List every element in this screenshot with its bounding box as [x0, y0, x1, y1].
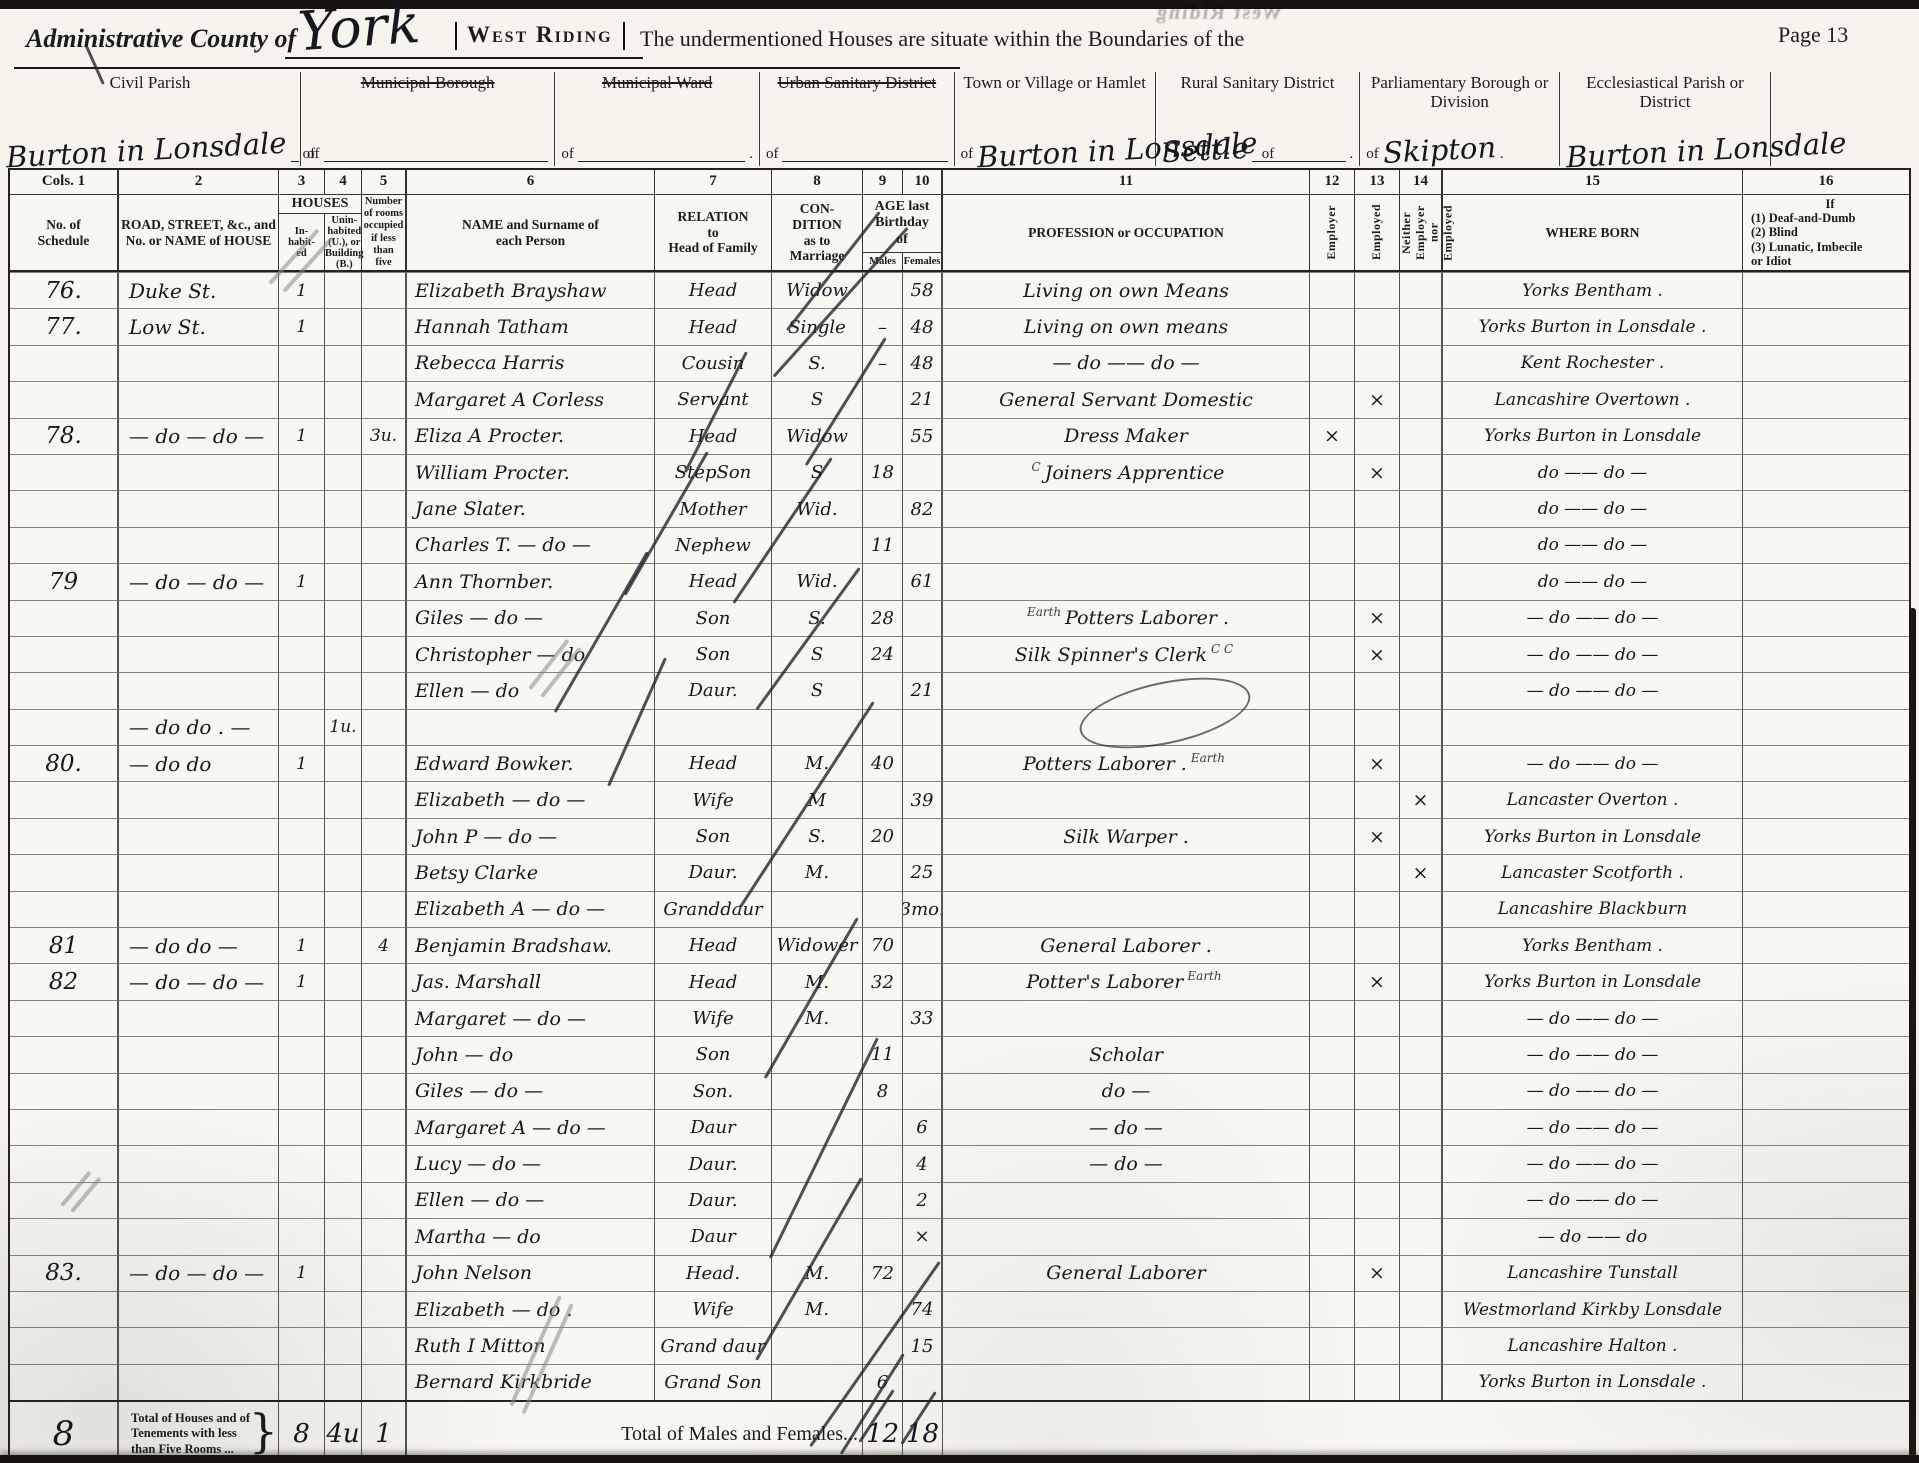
boundary-box: Civil ParishBurton in Lonsdaleof — [0, 72, 301, 166]
cell-e2 — [1355, 527, 1400, 563]
cell-occ — [943, 854, 1310, 890]
cell-uninh — [325, 1109, 362, 1145]
cell-f — [903, 1364, 943, 1400]
cell-occ: General Laborer . — [943, 927, 1310, 963]
cell-f: 33 — [903, 1000, 943, 1036]
cell-e2 — [1355, 1109, 1400, 1145]
cell-inh — [279, 527, 325, 563]
cell-sched: 83. — [10, 1255, 119, 1291]
cell-rooms — [362, 1291, 407, 1327]
cell-cond: S — [772, 454, 863, 490]
cell-m: 70 — [863, 927, 903, 963]
cell-rooms — [362, 454, 407, 490]
cell-inh — [279, 1073, 325, 1109]
cell-rel: Daur — [655, 1109, 772, 1145]
cell-e1 — [1310, 272, 1355, 308]
boundary-value: Burton in Lonsdale — [1560, 139, 1770, 166]
boundary-value: of — [760, 147, 954, 166]
boundary-value: Burton in Lonsdaleof — [0, 139, 300, 166]
cell-rel: Nephew — [655, 527, 772, 563]
cell-m: 8 — [863, 1073, 903, 1109]
cell-uninh — [325, 818, 362, 854]
cell-inf — [1743, 1364, 1909, 1400]
cell-rooms — [362, 1000, 407, 1036]
cell-uninh — [325, 1036, 362, 1072]
cell-f — [903, 600, 943, 636]
cell-m: 40 — [863, 745, 903, 781]
cell-e2 — [1355, 709, 1400, 745]
cell-inh: 1 — [279, 1255, 325, 1291]
col-header-rooms: Number of rooms occupied if less than fi… — [362, 195, 407, 270]
cell-inh: 1 — [279, 927, 325, 963]
cell-m — [863, 781, 903, 817]
cell-e2 — [1355, 418, 1400, 454]
cell-road — [119, 854, 279, 890]
header-rule — [285, 57, 643, 59]
cell-name: Ellen — do — — [407, 1182, 655, 1218]
cell-name: John P — do — — [407, 818, 655, 854]
cell-f: 21 — [903, 672, 943, 708]
cell-born: — do —— do — [1443, 1218, 1743, 1254]
cell-f — [903, 1073, 943, 1109]
cell-occ — [943, 1291, 1310, 1327]
boundary-label: Municipal Ward — [555, 72, 759, 93]
cell-e1 — [1310, 563, 1355, 599]
cell-e3: × — [1400, 854, 1443, 890]
col-number: 16 — [1743, 170, 1909, 195]
cell-e1 — [1310, 1364, 1355, 1400]
cell-rooms — [362, 1073, 407, 1109]
cell-e1 — [1310, 1218, 1355, 1254]
cell-rel: Son — [655, 818, 772, 854]
cell-m — [863, 1109, 903, 1145]
cell-e2: × — [1355, 818, 1400, 854]
cell-inh: 1 — [279, 308, 325, 344]
cell-sched: 77. — [10, 308, 119, 344]
col-number: 9 — [863, 170, 903, 195]
cell-road — [119, 1327, 279, 1363]
cell-inh — [279, 490, 325, 526]
cell-uninh — [325, 308, 362, 344]
cell-f: 58 — [903, 272, 943, 308]
census-row: Lucy — do —Daur.4— do —— do —— do — — [10, 1145, 1909, 1181]
cell-e2 — [1355, 781, 1400, 817]
cell-occ: Dress Maker — [943, 418, 1310, 454]
cell-e2 — [1355, 308, 1400, 344]
cell-rel: Cousin — [655, 345, 772, 381]
census-row: 79— do — do —1Ann Thornber.HeadWid.61do … — [10, 563, 1909, 599]
col-number: 4 — [325, 170, 362, 195]
cell-rel: Daur. — [655, 1182, 772, 1218]
cell-cond: M. — [772, 745, 863, 781]
cell-e2 — [1355, 1364, 1400, 1400]
page-number: Page 13 — [1778, 22, 1848, 48]
cell-occ — [943, 891, 1310, 927]
cell-born: — do —— do — — [1443, 1109, 1743, 1145]
cell-m: 20 — [863, 818, 903, 854]
cell-born: Lancaster Overton . — [1443, 781, 1743, 817]
cell-e3 — [1400, 709, 1443, 745]
cell-name: Eliza A Procter. — [407, 418, 655, 454]
boundary-label: Municipal Borough — [301, 72, 554, 93]
census-row: Giles — do —SonS.28EarthPotters Laborer … — [10, 600, 1909, 636]
col-number: 6 — [407, 170, 655, 195]
cell-rooms — [362, 672, 407, 708]
cell-born: — do —— do — — [1443, 745, 1743, 781]
cell-e1 — [1310, 927, 1355, 963]
west-riding-label: West Riding — [455, 22, 625, 50]
cell-uninh — [325, 1327, 362, 1363]
cell-occ: Scholar — [943, 1036, 1310, 1072]
cell-e2 — [1355, 891, 1400, 927]
cell-rooms — [362, 1182, 407, 1218]
census-row: 83.— do — do —1John NelsonHead.M.72Gener… — [10, 1255, 1909, 1291]
cell-e2 — [1355, 1182, 1400, 1218]
cell-e1 — [1310, 636, 1355, 672]
col-number: 13 — [1355, 170, 1400, 195]
census-row: Elizabeth — do —WifeM39×Lancaster Overto… — [10, 781, 1909, 817]
cell-e1: × — [1310, 418, 1355, 454]
admin-county-value: York — [296, 0, 422, 63]
cell-road — [119, 1109, 279, 1145]
col-header-employer: Employer — [1310, 195, 1355, 270]
cell-born: Lancashire Overtown . — [1443, 381, 1743, 417]
cell-road: — do do . — — [119, 709, 279, 745]
cell-e3 — [1400, 1073, 1443, 1109]
cell-e3 — [1400, 1000, 1443, 1036]
cell-name: William Procter. — [407, 454, 655, 490]
boundary-box: Urban Sanitary Districtof — [760, 72, 955, 166]
cell-e1 — [1310, 854, 1355, 890]
cell-inf — [1743, 381, 1909, 417]
cell-e1 — [1310, 891, 1355, 927]
cell-born: — do —— do — — [1443, 600, 1743, 636]
cell-e2: × — [1355, 1255, 1400, 1291]
cell-inh — [279, 1291, 325, 1327]
cell-road — [119, 345, 279, 381]
col-number: 11 — [943, 170, 1310, 195]
cell-uninh — [325, 490, 362, 526]
cell-rooms — [362, 1218, 407, 1254]
cell-e2 — [1355, 345, 1400, 381]
boundary-label: Rural Sanitary District — [1156, 72, 1360, 93]
cell-occ — [943, 781, 1310, 817]
cell-sched: 81 — [10, 927, 119, 963]
cell-rooms — [362, 781, 407, 817]
cell-e1 — [1310, 527, 1355, 563]
census-row: Betsy ClarkeDaur.M.25×Lancaster Scotfort… — [10, 854, 1909, 890]
cell-rel: Granddaur — [655, 891, 772, 927]
cell-uninh — [325, 963, 362, 999]
cell-name: John — do — [407, 1036, 655, 1072]
cell-m — [863, 563, 903, 599]
cell-uninh — [325, 1218, 362, 1254]
cell-rooms — [362, 308, 407, 344]
cell-occ: Living on own Means — [943, 272, 1310, 308]
cell-sched — [10, 636, 119, 672]
col-header-employed: Employed — [1355, 195, 1400, 270]
cell-road: — do — do — — [119, 1255, 279, 1291]
cell-road — [119, 490, 279, 526]
cell-rel: Wife — [655, 1000, 772, 1036]
cell-name: Elizabeth A — do — — [407, 891, 655, 927]
census-row: 77.Low St.1Hannah TathamHeadSingle–48Liv… — [10, 308, 1909, 344]
cell-rooms — [362, 1109, 407, 1145]
cell-uninh — [325, 563, 362, 599]
cell-e2: × — [1355, 454, 1400, 490]
cell-uninh — [325, 745, 362, 781]
cell-road — [119, 527, 279, 563]
cell-born: Lancaster Scotforth . — [1443, 854, 1743, 890]
cell-name: Giles — do — — [407, 1073, 655, 1109]
cell-inh — [279, 854, 325, 890]
cell-e2: × — [1355, 745, 1400, 781]
cell-born: Lancashire Halton . — [1443, 1327, 1743, 1363]
cell-e2 — [1355, 854, 1400, 890]
cell-e1 — [1310, 1291, 1355, 1327]
cell-road — [119, 781, 279, 817]
cell-m: 28 — [863, 600, 903, 636]
census-table: Cols. 1 2 3 4 5 6 7 8 9 10 11 12 13 14 1… — [8, 168, 1911, 1463]
census-row: Charles T. — do —Nephew11do —— do — — [10, 527, 1909, 563]
cell-m: 11 — [863, 527, 903, 563]
cell-rooms — [362, 891, 407, 927]
cell-occ: General Servant Domestic — [943, 381, 1310, 417]
cell-inh — [279, 600, 325, 636]
cell-m — [863, 1218, 903, 1254]
cell-rel: Wife — [655, 1291, 772, 1327]
boundary-value — [1771, 162, 1919, 166]
cell-uninh — [325, 418, 362, 454]
cell-e3 — [1400, 927, 1443, 963]
cell-road: — do do — [119, 745, 279, 781]
cell-sched — [10, 1327, 119, 1363]
cell-f: 25 — [903, 854, 943, 890]
cell-e3 — [1400, 1218, 1443, 1254]
cell-e1 — [1310, 781, 1355, 817]
cell-born: Yorks Burton in Lonsdale . — [1443, 308, 1743, 344]
cell-occ — [943, 490, 1310, 526]
cell-rel: Daur — [655, 1218, 772, 1254]
cell-m: 72 — [863, 1255, 903, 1291]
cell-e1 — [1310, 1255, 1355, 1291]
col-number: Cols. 1 — [10, 170, 119, 195]
cell-f: 15 — [903, 1327, 943, 1363]
cell-inh — [279, 636, 325, 672]
cell-m — [863, 381, 903, 417]
cell-inf — [1743, 854, 1909, 890]
cell-inf — [1743, 1218, 1909, 1254]
cell-rooms — [362, 745, 407, 781]
cell-sched — [10, 381, 119, 417]
cell-sched — [10, 854, 119, 890]
cell-inf — [1743, 418, 1909, 454]
cell-e3 — [1400, 1327, 1443, 1363]
cell-inf — [1743, 563, 1909, 599]
cell-f — [903, 927, 943, 963]
cell-f: 2 — [903, 1182, 943, 1218]
cell-road — [119, 1364, 279, 1400]
cell-rooms — [362, 600, 407, 636]
cell-inf — [1743, 672, 1909, 708]
cell-e3 — [1400, 600, 1443, 636]
cell-e1 — [1310, 1109, 1355, 1145]
cell-inf — [1743, 600, 1909, 636]
cell-inh — [279, 1182, 325, 1218]
cell-e1 — [1310, 1000, 1355, 1036]
cell-road — [119, 1182, 279, 1218]
cell-e2 — [1355, 1145, 1400, 1181]
cell-e3 — [1400, 345, 1443, 381]
cell-born: do —— do — — [1443, 563, 1743, 599]
cell-inf — [1743, 891, 1909, 927]
cell-occ — [943, 1182, 1310, 1218]
cell-inh: 1 — [279, 963, 325, 999]
cell-sched — [10, 1073, 119, 1109]
cell-cond — [772, 891, 863, 927]
cell-rooms — [362, 563, 407, 599]
cell-cond: S — [772, 381, 863, 417]
cell-m — [863, 1182, 903, 1218]
cell-uninh — [325, 854, 362, 890]
cell-uninh — [325, 1145, 362, 1181]
cell-m — [863, 709, 903, 745]
col-header-relation: RELATION to Head of Family — [655, 195, 772, 270]
boundary-label: Urban Sanitary District — [760, 72, 954, 93]
cell-sched — [10, 709, 119, 745]
admin-county-label: Administrative County of — [26, 24, 296, 54]
cell-cond — [772, 1109, 863, 1145]
cell-e1 — [1310, 1145, 1355, 1181]
cell-name: Hannah Tatham — [407, 308, 655, 344]
brace-glyph: } — [249, 1404, 278, 1458]
cell-rooms — [362, 854, 407, 890]
cell-name: Elizabeth — do — — [407, 781, 655, 817]
cell-rel: Head — [655, 963, 772, 999]
cell-inf — [1743, 963, 1909, 999]
cell-rel: StepSon — [655, 454, 772, 490]
houses-group-title: HOUSES — [279, 195, 361, 214]
boundary-value: of — [301, 147, 554, 166]
cell-rooms — [362, 1364, 407, 1400]
cell-m — [863, 1145, 903, 1181]
cell-inf — [1743, 1182, 1909, 1218]
cell-sched — [10, 1109, 119, 1145]
cell-inh — [279, 1109, 325, 1145]
cell-f — [903, 454, 943, 490]
cell-m — [863, 1000, 903, 1036]
cell-rooms — [362, 1145, 407, 1181]
cell-rel — [655, 709, 772, 745]
census-row: Rebecca HarrisCousinS.–48— do —— do —Ken… — [10, 345, 1909, 381]
census-row: Ellen — do —Daur.2— do —— do — — [10, 1182, 1909, 1218]
cell-e3 — [1400, 563, 1443, 599]
cell-m — [863, 854, 903, 890]
cell-road — [119, 1291, 279, 1327]
cell-e3 — [1400, 636, 1443, 672]
cell-sched — [10, 527, 119, 563]
cell-e3 — [1400, 1109, 1443, 1145]
cell-cond: S — [772, 672, 863, 708]
census-row: Ellen — doDaur.S21— do —— do — — [10, 672, 1909, 708]
col-header-condition: CON- DITION as to Marriage — [772, 195, 863, 270]
census-row: Margaret A CorlessServantS21General Serv… — [10, 381, 1909, 417]
cell-rel: Head — [655, 418, 772, 454]
infirmity-head: If — [1751, 197, 1909, 211]
cell-e3 — [1400, 672, 1443, 708]
cell-rooms: 4 — [362, 927, 407, 963]
cell-occ: General Laborer — [943, 1255, 1310, 1291]
cell-rooms — [362, 490, 407, 526]
cell-e3 — [1400, 745, 1443, 781]
cell-m — [863, 891, 903, 927]
cell-road — [119, 636, 279, 672]
cell-inf — [1743, 1145, 1909, 1181]
cell-inf — [1743, 527, 1909, 563]
cell-e1 — [1310, 1327, 1355, 1363]
col-number: 14 — [1400, 170, 1443, 195]
census-sheet: West Riding Administrative County of Yor… — [0, 0, 1919, 1463]
cell-rooms — [362, 1327, 407, 1363]
col-header-profession: PROFESSION or OCCUPATION — [943, 195, 1310, 270]
cell-e2: × — [1355, 963, 1400, 999]
cell-rel: Daur. — [655, 672, 772, 708]
cell-born: Lancashire Blackburn — [1443, 891, 1743, 927]
col-header-infirmity: If (1) Deaf-and-Dumb (2) Blind (3) Lunat… — [1743, 195, 1909, 270]
cell-sched — [10, 490, 119, 526]
cell-cond: M. — [772, 1000, 863, 1036]
census-row: 82— do — do —1Jas. MarshallHeadM.32Potte… — [10, 963, 1909, 999]
cell-inf — [1743, 1036, 1909, 1072]
header-rule — [14, 67, 960, 69]
cell-road — [119, 1036, 279, 1072]
boundary-value: ofBurton in Lonsdaleof — [955, 139, 1155, 166]
cell-e2 — [1355, 490, 1400, 526]
cell-occ — [943, 1000, 1310, 1036]
cell-born: — do —— do — — [1443, 1036, 1743, 1072]
cell-rel: Daur. — [655, 1145, 772, 1181]
totals-row: 8 Total of Houses and of Tenements with … — [10, 1400, 1909, 1463]
cell-occ: do — — [943, 1073, 1310, 1109]
cell-e3: × — [1400, 781, 1443, 817]
col-header-females: Females — [903, 253, 941, 270]
cell-name: Jas. Marshall — [407, 963, 655, 999]
cell-sched — [10, 1036, 119, 1072]
cell-e3 — [1400, 308, 1443, 344]
cell-born: — do —— do — — [1443, 1145, 1743, 1181]
cell-inf — [1743, 1073, 1909, 1109]
cell-inh — [279, 1036, 325, 1072]
cell-occ — [943, 1218, 1310, 1254]
cell-name: Margaret A Corless — [407, 381, 655, 417]
cell-born: Yorks Bentham . — [1443, 927, 1743, 963]
cell-f: 61 — [903, 563, 943, 599]
cell-m — [863, 418, 903, 454]
boundary-box — [1771, 72, 1919, 166]
cell-sched: 80. — [10, 745, 119, 781]
scan-right-edge — [1909, 608, 1916, 1463]
cell-m — [863, 272, 903, 308]
census-row: Elizabeth A — do —Granddaur3mo.Lancashir… — [10, 891, 1909, 927]
cell-occ: Silk Warper . — [943, 818, 1310, 854]
infirmity-items: (1) Deaf-and-Dumb (2) Blind (3) Lunatic,… — [1751, 211, 1909, 269]
cell-born: Yorks Burton in Lonsdale . — [1443, 1364, 1743, 1400]
boundary-box: Municipal Wardof. — [555, 72, 760, 166]
cell-sched — [10, 781, 119, 817]
boundary-box: Town or Village or HamletofBurton in Lon… — [955, 72, 1156, 166]
cell-road: — do — do — — [119, 563, 279, 599]
cell-e2: × — [1355, 600, 1400, 636]
